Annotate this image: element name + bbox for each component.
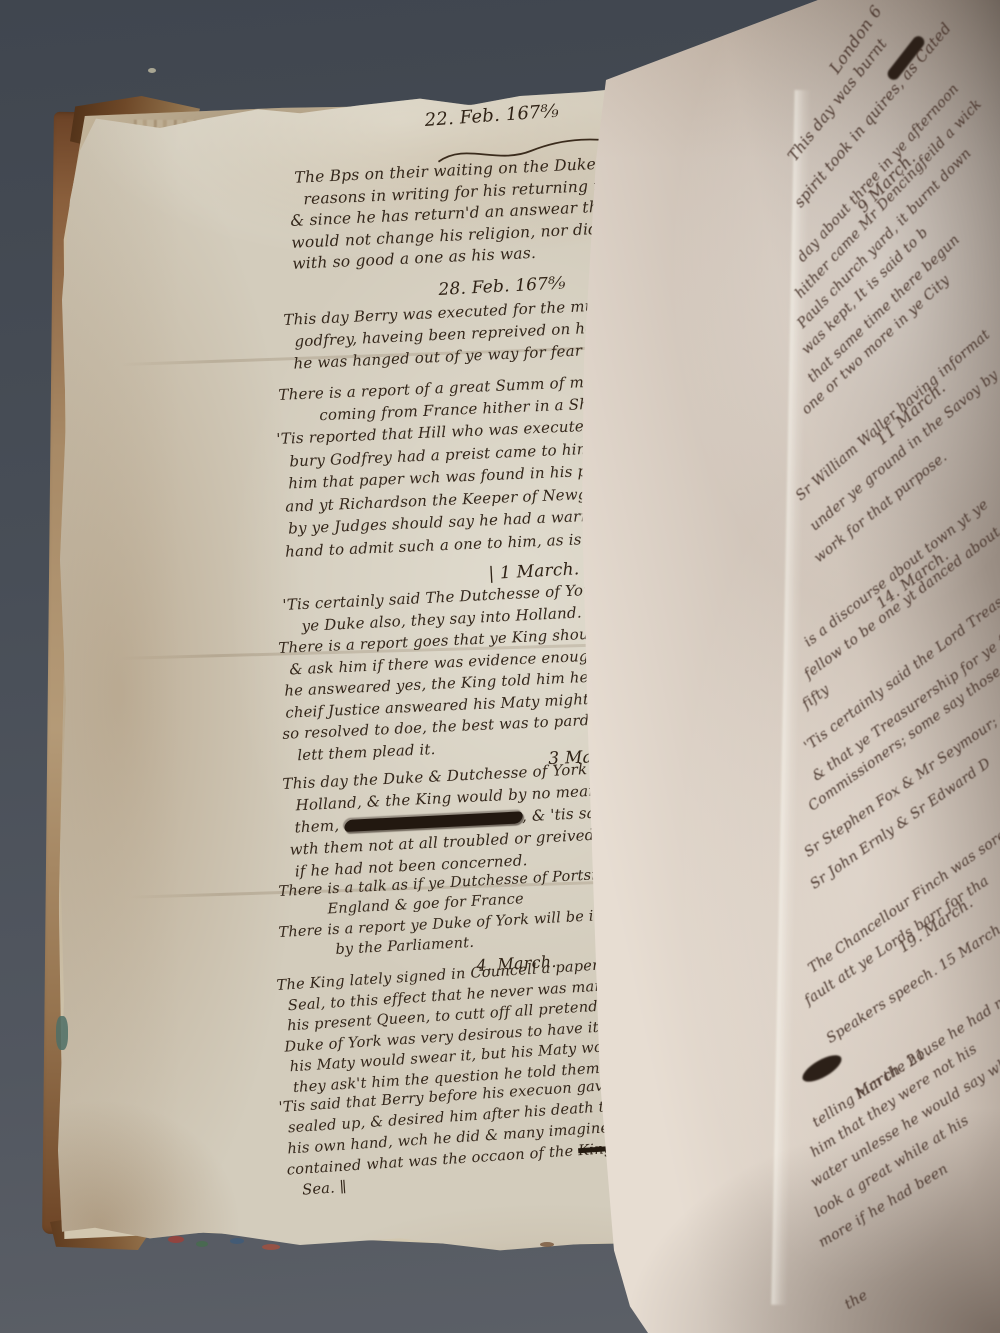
manuscript-fragment: the (842, 1287, 871, 1313)
photograph-of-open-manuscript-book: 22. Feb. 167⁸⁄₉ The Bps on their waiting… (0, 0, 1000, 1333)
ink-blob (799, 1050, 846, 1087)
manuscript-fragment: fifty (799, 682, 833, 713)
manuscript-fragment: Sr William Waller having informat (793, 327, 994, 504)
right-page-text-layer: London 6 This day was burnt spirit took … (0, 0, 1000, 1333)
